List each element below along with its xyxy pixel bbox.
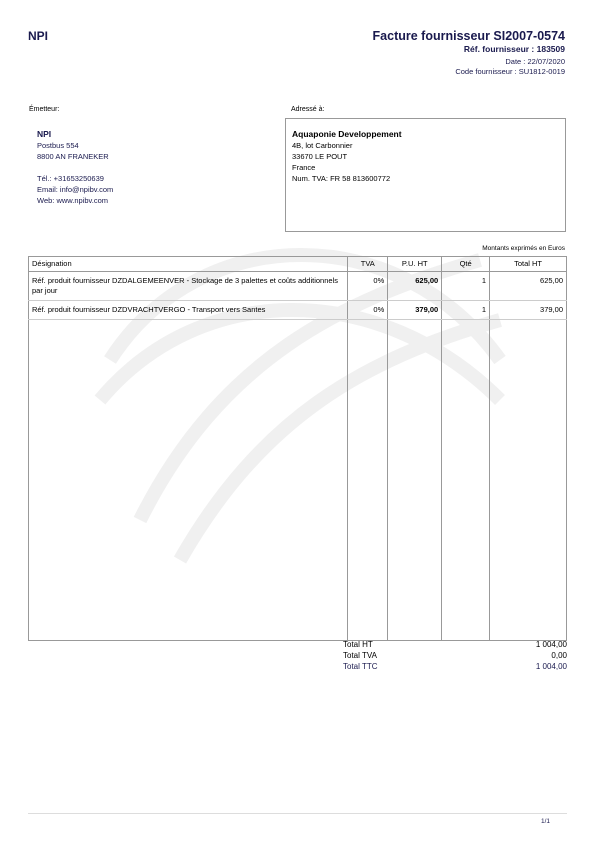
row-tva: 0%: [348, 272, 388, 301]
recipient-label: Adressé à:: [291, 106, 324, 113]
sender-name: NPI: [37, 129, 113, 140]
table-header: Désignation TVA P.U. HT Qté Total HT: [29, 257, 567, 272]
recipient-country: France: [292, 162, 402, 173]
row-pu-ht: 625,00: [388, 272, 442, 301]
sender-block: NPI Postbus 554 8800 AN FRANEKER Tél.: +…: [37, 129, 113, 206]
supplier-ref: Réf. fournisseur : 183509: [373, 44, 565, 54]
invoice-title: Facture fournisseur SI2007-0574: [373, 29, 565, 43]
total-ht-value: 1 004,00: [536, 639, 567, 650]
items-table: Désignation TVA P.U. HT Qté Total HT Réf…: [28, 256, 567, 641]
total-tva-label: Total TVA: [343, 650, 377, 661]
footer-divider: [28, 813, 567, 814]
row-designation: Réf. produit fournisseur DZDALGEMEENVER …: [29, 272, 348, 301]
sender-label: Émetteur:: [29, 106, 59, 113]
recipient-block: Aquaponie Developpement 4B, lot Carbonni…: [292, 129, 402, 184]
recipient-vat: Num. TVA: FR 58 813600772: [292, 173, 402, 184]
col-designation: Désignation: [29, 257, 348, 272]
col-total-ht: Total HT: [490, 257, 567, 272]
invoice-header: Facture fournisseur SI2007-0574 Réf. fou…: [373, 29, 565, 76]
currency-note: Montants exprimés en Euros: [482, 245, 565, 252]
company-name: NPI: [28, 29, 48, 43]
sender-address1: Postbus 554: [37, 140, 113, 151]
sender-email: Email: info@npibv.com: [37, 184, 113, 195]
supplier-code: Code fournisseur : SU1812-0019: [373, 67, 565, 76]
recipient-address2: 33670 LE POUT: [292, 151, 402, 162]
recipient-address1: 4B, lot Carbonnier: [292, 140, 402, 151]
sender-address2: 8800 AN FRANEKER: [37, 151, 113, 162]
row-pu-ht: 379,00: [388, 301, 442, 320]
sender-web: Web: www.npibv.com: [37, 195, 113, 206]
row-total-ht: 625,00: [490, 272, 567, 301]
page-number: 1/1: [541, 818, 550, 825]
total-ttc-label: Total TTC: [343, 661, 378, 672]
total-ht-row: Total HT 1 004,00: [343, 639, 567, 650]
row-tva: 0%: [348, 301, 388, 320]
col-tva: TVA: [348, 257, 388, 272]
total-ttc-value: 1 004,00: [536, 661, 567, 672]
col-pu-ht: P.U. HT: [388, 257, 442, 272]
total-tva-row: Total TVA 0,00: [343, 650, 567, 661]
invoice-date: Date : 22/07/2020: [373, 57, 565, 66]
row-qty: 1: [442, 272, 490, 301]
recipient-name: Aquaponie Developpement: [292, 129, 402, 140]
table-empty-space: [29, 320, 567, 641]
row-designation: Réf. produit fournisseur DZDVRACHTVERGO …: [29, 301, 348, 320]
col-qty: Qté: [442, 257, 490, 272]
table-row: Réf. produit fournisseur DZDVRACHTVERGO …: [29, 301, 567, 320]
total-ttc-row: Total TTC 1 004,00: [343, 661, 567, 672]
table-row: Réf. produit fournisseur DZDALGEMEENVER …: [29, 272, 567, 301]
total-tva-value: 0,00: [551, 650, 567, 661]
row-qty: 1: [442, 301, 490, 320]
totals-block: Total HT 1 004,00 Total TVA 0,00 Total T…: [343, 639, 567, 672]
row-total-ht: 379,00: [490, 301, 567, 320]
sender-phone: Tél.: +31653250639: [37, 173, 113, 184]
total-ht-label: Total HT: [343, 639, 373, 650]
